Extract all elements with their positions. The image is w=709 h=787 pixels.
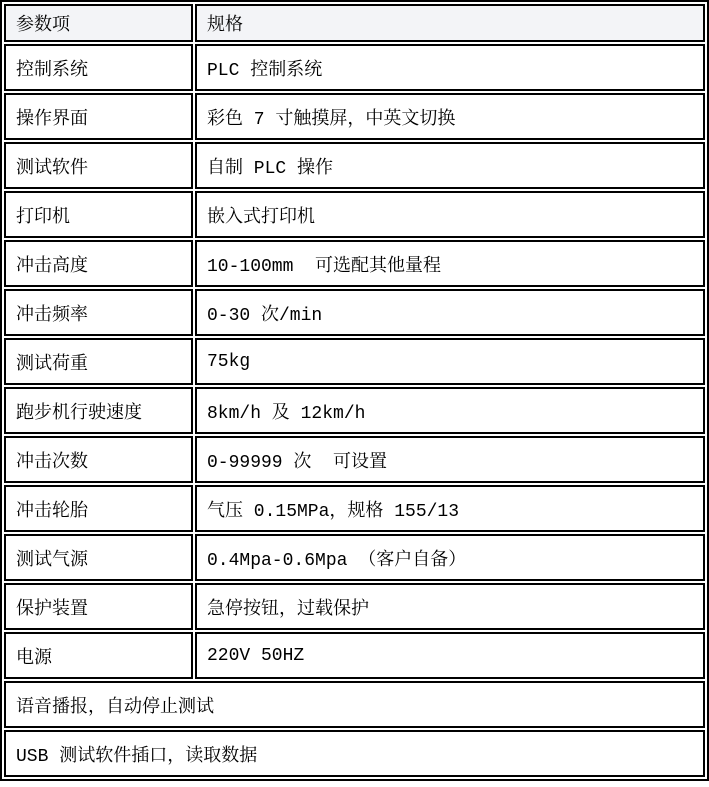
spec-cell: 0-30 次/min bbox=[195, 289, 705, 336]
param-cell: 冲击频率 bbox=[4, 289, 193, 336]
param-cell: 冲击次数 bbox=[4, 436, 193, 483]
table-row: 冲击次数 0-99999 次 可设置 bbox=[4, 436, 705, 483]
spec-cell: 75kg bbox=[195, 338, 705, 385]
param-cell: 测试气源 bbox=[4, 534, 193, 581]
table-row: 电源 220V 50HZ bbox=[4, 632, 705, 679]
summary-cell: USB 测试软件插口，读取数据 bbox=[4, 730, 705, 777]
spec-table: 参数项 规格 控制系统 PLC 控制系统 操作界面 彩色 7 寸触摸屏，中英文切… bbox=[0, 0, 709, 781]
spec-cell: 气压 0.15MPa，规格 155/13 bbox=[195, 485, 705, 532]
table-row: 打印机 嵌入式打印机 bbox=[4, 191, 705, 238]
param-cell: 操作界面 bbox=[4, 93, 193, 140]
param-cell: 测试荷重 bbox=[4, 338, 193, 385]
table-row: 冲击轮胎 气压 0.15MPa，规格 155/13 bbox=[4, 485, 705, 532]
spec-cell: 彩色 7 寸触摸屏，中英文切换 bbox=[195, 93, 705, 140]
summary-row: 语音播报，自动停止测试 bbox=[4, 681, 705, 728]
param-cell: 冲击轮胎 bbox=[4, 485, 193, 532]
header-row: 参数项 规格 bbox=[4, 4, 705, 42]
spec-header-cell: 规格 bbox=[195, 4, 705, 42]
param-cell: 控制系统 bbox=[4, 44, 193, 91]
table-row: 测试气源 0.4Mpa-0.6Mpa （客户自备） bbox=[4, 534, 705, 581]
param-cell: 跑步机行驶速度 bbox=[4, 387, 193, 434]
spec-cell: 嵌入式打印机 bbox=[195, 191, 705, 238]
param-header-cell: 参数项 bbox=[4, 4, 193, 42]
table-row: 操作界面 彩色 7 寸触摸屏，中英文切换 bbox=[4, 93, 705, 140]
spec-cell: 0-99999 次 可设置 bbox=[195, 436, 705, 483]
summary-cell: 语音播报，自动停止测试 bbox=[4, 681, 705, 728]
table-row: 冲击频率 0-30 次/min bbox=[4, 289, 705, 336]
table-row: 跑步机行驶速度 8km/h 及 12km/h bbox=[4, 387, 705, 434]
param-cell: 保护装置 bbox=[4, 583, 193, 630]
spec-cell: PLC 控制系统 bbox=[195, 44, 705, 91]
spec-cell: 8km/h 及 12km/h bbox=[195, 387, 705, 434]
param-cell: 测试软件 bbox=[4, 142, 193, 189]
param-cell: 电源 bbox=[4, 632, 193, 679]
table-row: 控制系统 PLC 控制系统 bbox=[4, 44, 705, 91]
table-row: 保护装置 急停按钮，过载保护 bbox=[4, 583, 705, 630]
spec-cell: 0.4Mpa-0.6Mpa （客户自备） bbox=[195, 534, 705, 581]
spec-cell: 220V 50HZ bbox=[195, 632, 705, 679]
summary-row: USB 测试软件插口，读取数据 bbox=[4, 730, 705, 777]
table-row: 测试软件 自制 PLC 操作 bbox=[4, 142, 705, 189]
spec-cell: 自制 PLC 操作 bbox=[195, 142, 705, 189]
table-row: 冲击高度 10-100mm 可选配其他量程 bbox=[4, 240, 705, 287]
spec-cell: 急停按钮，过载保护 bbox=[195, 583, 705, 630]
spec-cell: 10-100mm 可选配其他量程 bbox=[195, 240, 705, 287]
param-cell: 冲击高度 bbox=[4, 240, 193, 287]
param-cell: 打印机 bbox=[4, 191, 193, 238]
table-row: 测试荷重 75kg bbox=[4, 338, 705, 385]
